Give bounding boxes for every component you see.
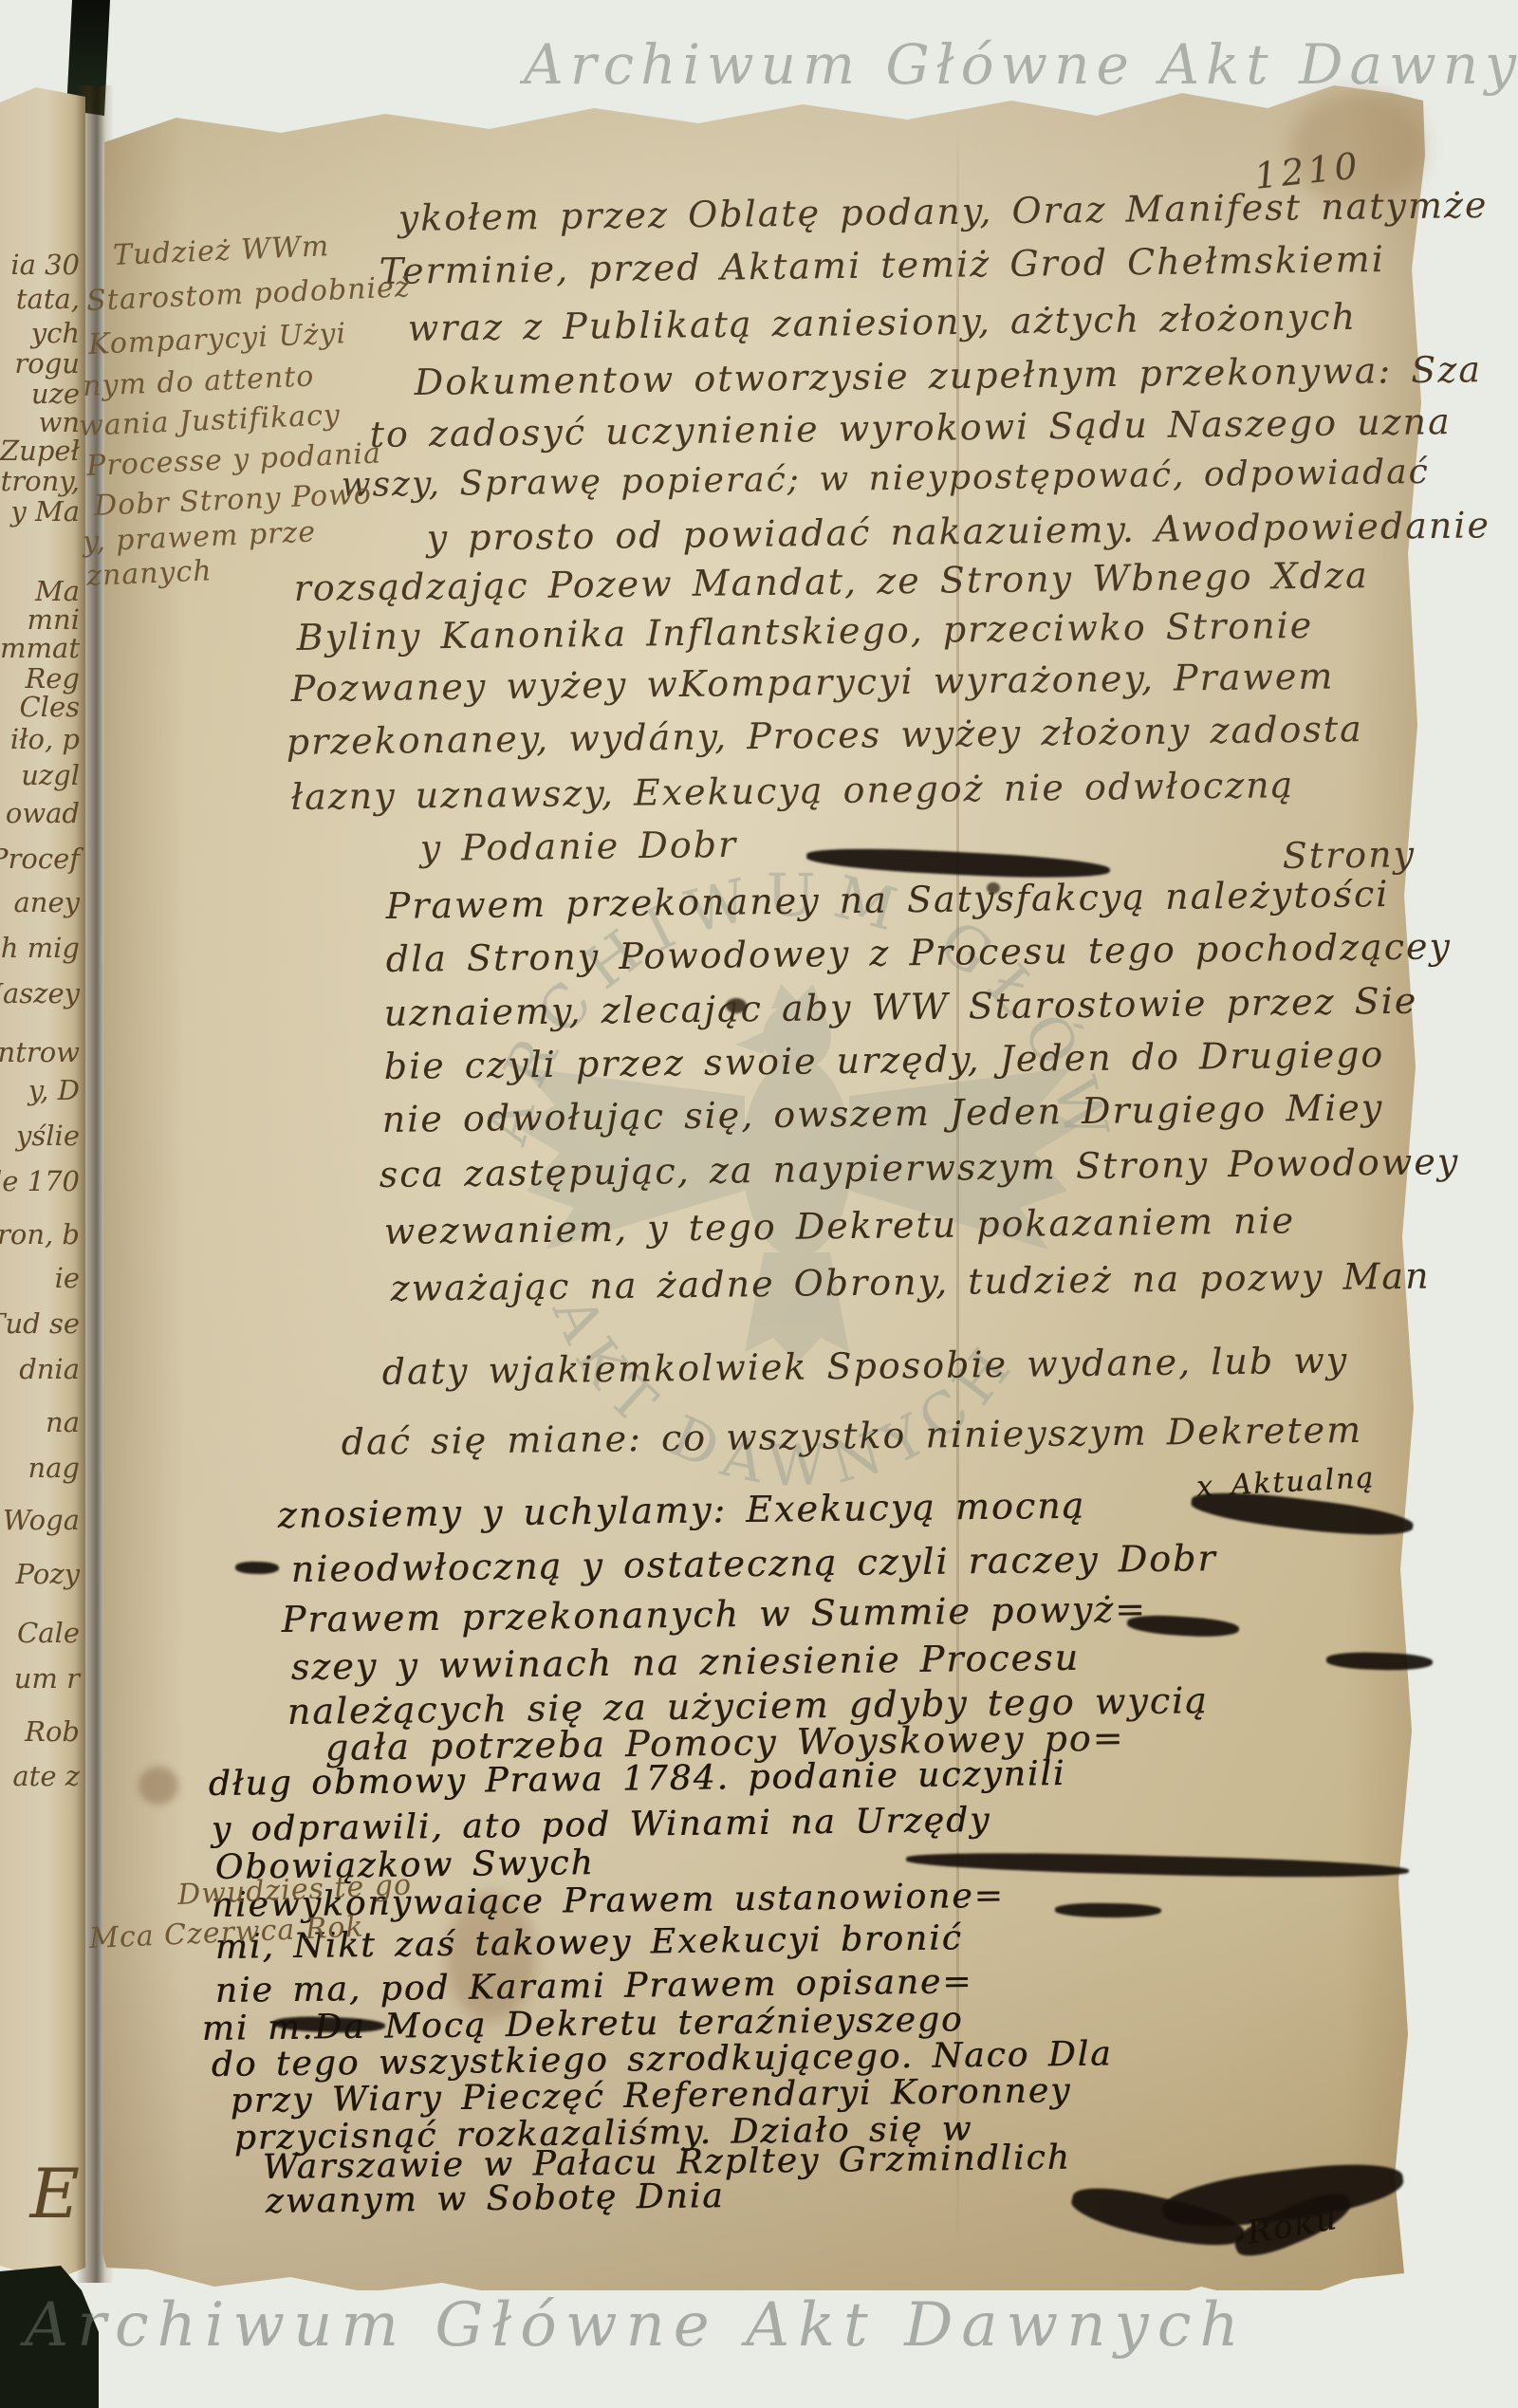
text-fragment: owad [6,797,80,829]
manuscript-line: zwanym w Sobotę Dnia [265,2176,724,2221]
scanned-manuscript-image: { "watermarks": { "top": "Archiwum Główn… [0,0,1518,2408]
text-fragment: Naszey [0,977,80,1010]
margin-note-line: znanych [85,554,213,593]
text-fragment: aney [13,886,80,918]
text-fragment: Pozy [16,1558,80,1590]
text-fragment: yślie [16,1120,80,1152]
text-fragment: E [29,2154,80,2233]
text-fragment: Cale [17,1617,80,1649]
text-fragment: ontrow [0,1036,80,1068]
text-fragment: ia 30 [10,249,80,281]
text-fragment: mmat [0,632,80,664]
text-fragment: Tud se [0,1307,80,1340]
text-fragment: na [46,1406,80,1438]
watermark-text-top: Archiwum Główne Akt Dawnych [524,32,1518,97]
text-fragment: Zupeł [0,435,80,467]
text-fragment: iło, p [10,723,80,755]
text-fragment: Procef [0,843,80,875]
text-fragment: le 170 [0,1165,80,1197]
text-fragment: wn [39,406,81,438]
text-fragment: tata, [16,283,80,315]
watermark-text-bottom: Archiwum Główne Akt Dawnych [25,2290,1248,2361]
text-fragment: y Ma [10,495,80,528]
text-fragment: y, D [28,1074,80,1106]
text-fragment: ron, b [0,1218,80,1250]
text-fragment: mni [28,603,80,636]
text-fragment: Woga [3,1504,80,1536]
book-cover-corner [0,2266,99,2408]
text-fragment: trony, [1,465,80,497]
text-fragment: uzgl [21,759,80,791]
text-fragment: um r [14,1662,80,1695]
text-fragment: rogu [14,347,80,380]
text-fragment: dnia [19,1353,80,1385]
paper-stain [139,1767,178,1805]
text-fragment: Rob [25,1715,80,1748]
text-fragment: ych [31,317,80,349]
text-fragment: Reg [25,662,80,695]
text-fragment: Cles [19,691,80,723]
manuscript-line: y Podanie Dobr [419,824,737,869]
text-fragment: Ma [35,575,80,607]
manuscript-line: Strony [1282,833,1416,877]
text-fragment: h mig [1,932,80,964]
text-fragment: ate z [12,1760,80,1792]
text-fragment: nag [28,1452,80,1484]
text-fragment: uze [31,378,80,410]
